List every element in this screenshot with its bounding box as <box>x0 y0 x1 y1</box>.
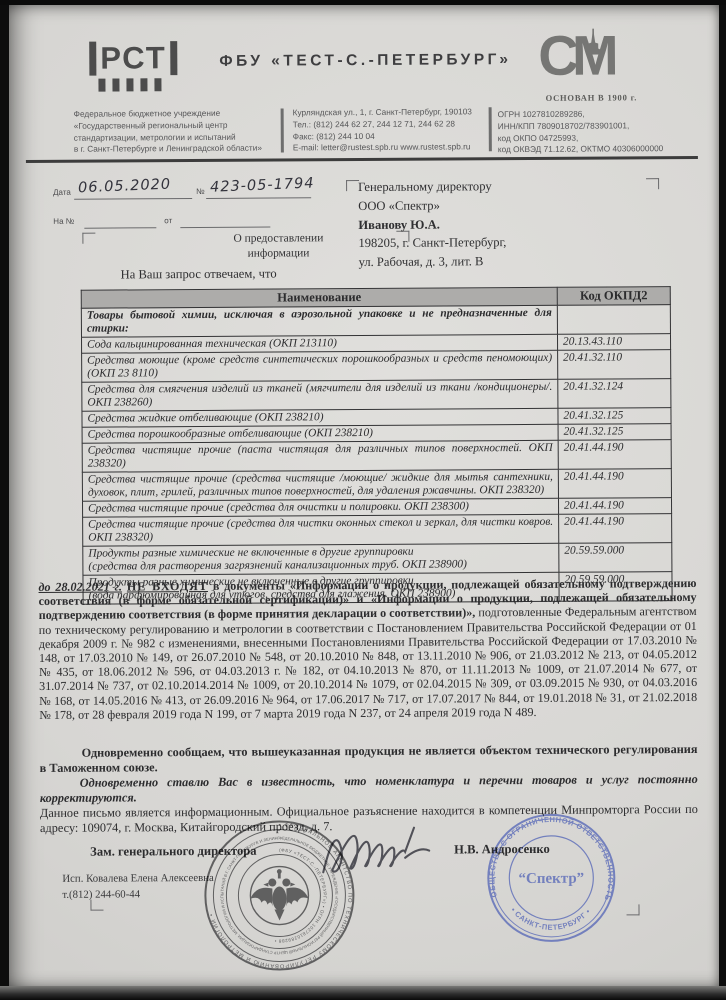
not-included-phrase: НЕ ВХОДЯТ <box>127 579 208 593</box>
date-label: Дата <box>53 188 71 197</box>
na-number-label: На № <box>53 217 74 226</box>
table-row: Средства моющие (кроме средств синтетиче… <box>82 350 671 383</box>
blue-stamp-top-text: ОБЩЕСТВО С ОГРАНИЧЕННОЙ ОТВЕТСТВЕННОСТЬЮ <box>481 807 616 903</box>
contact-info: Курляндская ул., 1, г. Санкт-Петербург, … <box>293 106 483 154</box>
number-underline <box>206 197 311 199</box>
table-row: Средства чистящие прочие (средства чистя… <box>82 469 671 502</box>
org-round-stamp: • ФЕДЕРАЛЬНОЕ АГЕНТСТВО ПО ТЕХНИЧЕСКОМУ … <box>200 816 359 987</box>
section-title: Товары бытовой химии, исключая в аэрозол… <box>81 305 557 337</box>
resolutions-list: подготовленные Федеральным агентством по… <box>39 604 698 721</box>
table-row: Средства чистящие прочие (средства для ч… <box>83 514 672 547</box>
executor-name: Исп. Ковалева Елена Алексеевна <box>62 872 214 885</box>
product-code-table: Наименование Код ОКПД2 Товары бытовой хи… <box>81 286 673 605</box>
blue-stamp-center-text: “Спектр” <box>518 871 584 887</box>
number-label: № <box>196 187 205 196</box>
subject-corner-mark-left <box>82 233 95 244</box>
table-row: Продукты разные химические не включенные… <box>83 543 672 576</box>
intro-line: На Ваш запрос отвечаем, что <box>121 267 277 283</box>
recipient-company: ООО «Спектр» <box>358 195 608 215</box>
recipient-address-2: ул. Рабочая, д. 3, лит. В <box>358 252 608 272</box>
organization-name: ФБУ «ТЕСТ-С.-ПЕТЕРБУРГ» <box>219 51 529 71</box>
bottom-corner-mark-right <box>626 904 639 915</box>
recipient-corner-mark-right <box>646 178 659 189</box>
table-section-row: Товары бытовой химии, исключая в аэрозол… <box>81 305 670 338</box>
founded-label: ОСНОВАН В 1900 г. <box>546 92 656 103</box>
table-row: Средства чистящие прочие (паста чистящая… <box>82 440 671 473</box>
svg-text:ОБЩЕСТВО С ОГРАНИЧЕННОЙ ОТВЕТС: ОБЩЕСТВО С ОГРАНИЧЕННОЙ ОТВЕТСТВЕННОСТЬЮ <box>481 807 616 903</box>
scanned-letter-page: РСТ ФБУ «ТЕСТ-С.-ПЕТЕРБУРГ» СМ ОСНОВАН В… <box>0 0 726 1000</box>
letter-content: РСТ ФБУ «ТЕСТ-С.-ПЕТЕРБУРГ» СМ ОСНОВАН В… <box>0 0 726 1000</box>
ot-label: от <box>164 216 172 225</box>
recipient-person: Иванову Ю.А. <box>358 214 608 234</box>
letterhead-rule <box>26 156 698 163</box>
na-underline <box>84 227 156 229</box>
number-value-handwritten: 423-05-1794 <box>210 175 315 195</box>
recipient-to: Генеральному директору <box>358 176 608 196</box>
double-eagle-emblem <box>250 869 308 921</box>
rst-logo-dashes <box>98 78 199 92</box>
customs-union-paragraph: Одновременно сообщаем, что вышеуказанная… <box>39 742 697 775</box>
bottom-corner-mark-left <box>90 900 103 911</box>
org-description: Федеральное бюджетное учреждение «Госуда… <box>74 108 274 156</box>
recipient-block: Генеральному директору ООО «Спектр» Иван… <box>358 176 609 272</box>
nomenclature-paragraph: Одновременно ставлю Вас в известность, ч… <box>40 772 698 805</box>
requisites: ОГРН 1027810289286, ИНН/КПП 7809018702/7… <box>498 108 693 156</box>
column-header-code: Код ОКПД2 <box>557 287 670 306</box>
spire-icon <box>582 29 604 69</box>
scan-edge-bottom <box>0 986 726 1000</box>
main-paragraph: до 28.02.2021 г. НЕ ВХОДЯТ в документы «… <box>38 576 697 722</box>
recipient-address-1: 198205, г. Санкт-Петербург, <box>358 233 608 253</box>
rst-logo-text: РСТ <box>96 41 171 75</box>
date-underline <box>74 198 192 200</box>
header-divider-1 <box>281 108 284 152</box>
date-value-handwritten: 06.05.2020 <box>78 177 172 197</box>
company-round-stamp: ОБЩЕСТВО С ОГРАНИЧЕННОЙ ОТВЕТСТВЕННОСТЬЮ… <box>481 807 622 948</box>
rst-logo: РСТ <box>89 41 199 94</box>
validity-date: до 28.02.2021 г. <box>38 579 122 594</box>
header-divider-2 <box>489 107 492 151</box>
rst-logo-bar-right <box>171 41 178 75</box>
ot-underline <box>180 227 270 229</box>
scan-edge-top <box>0 0 726 5</box>
table-row: Средства для смягчения изделий из тканей… <box>82 379 671 412</box>
